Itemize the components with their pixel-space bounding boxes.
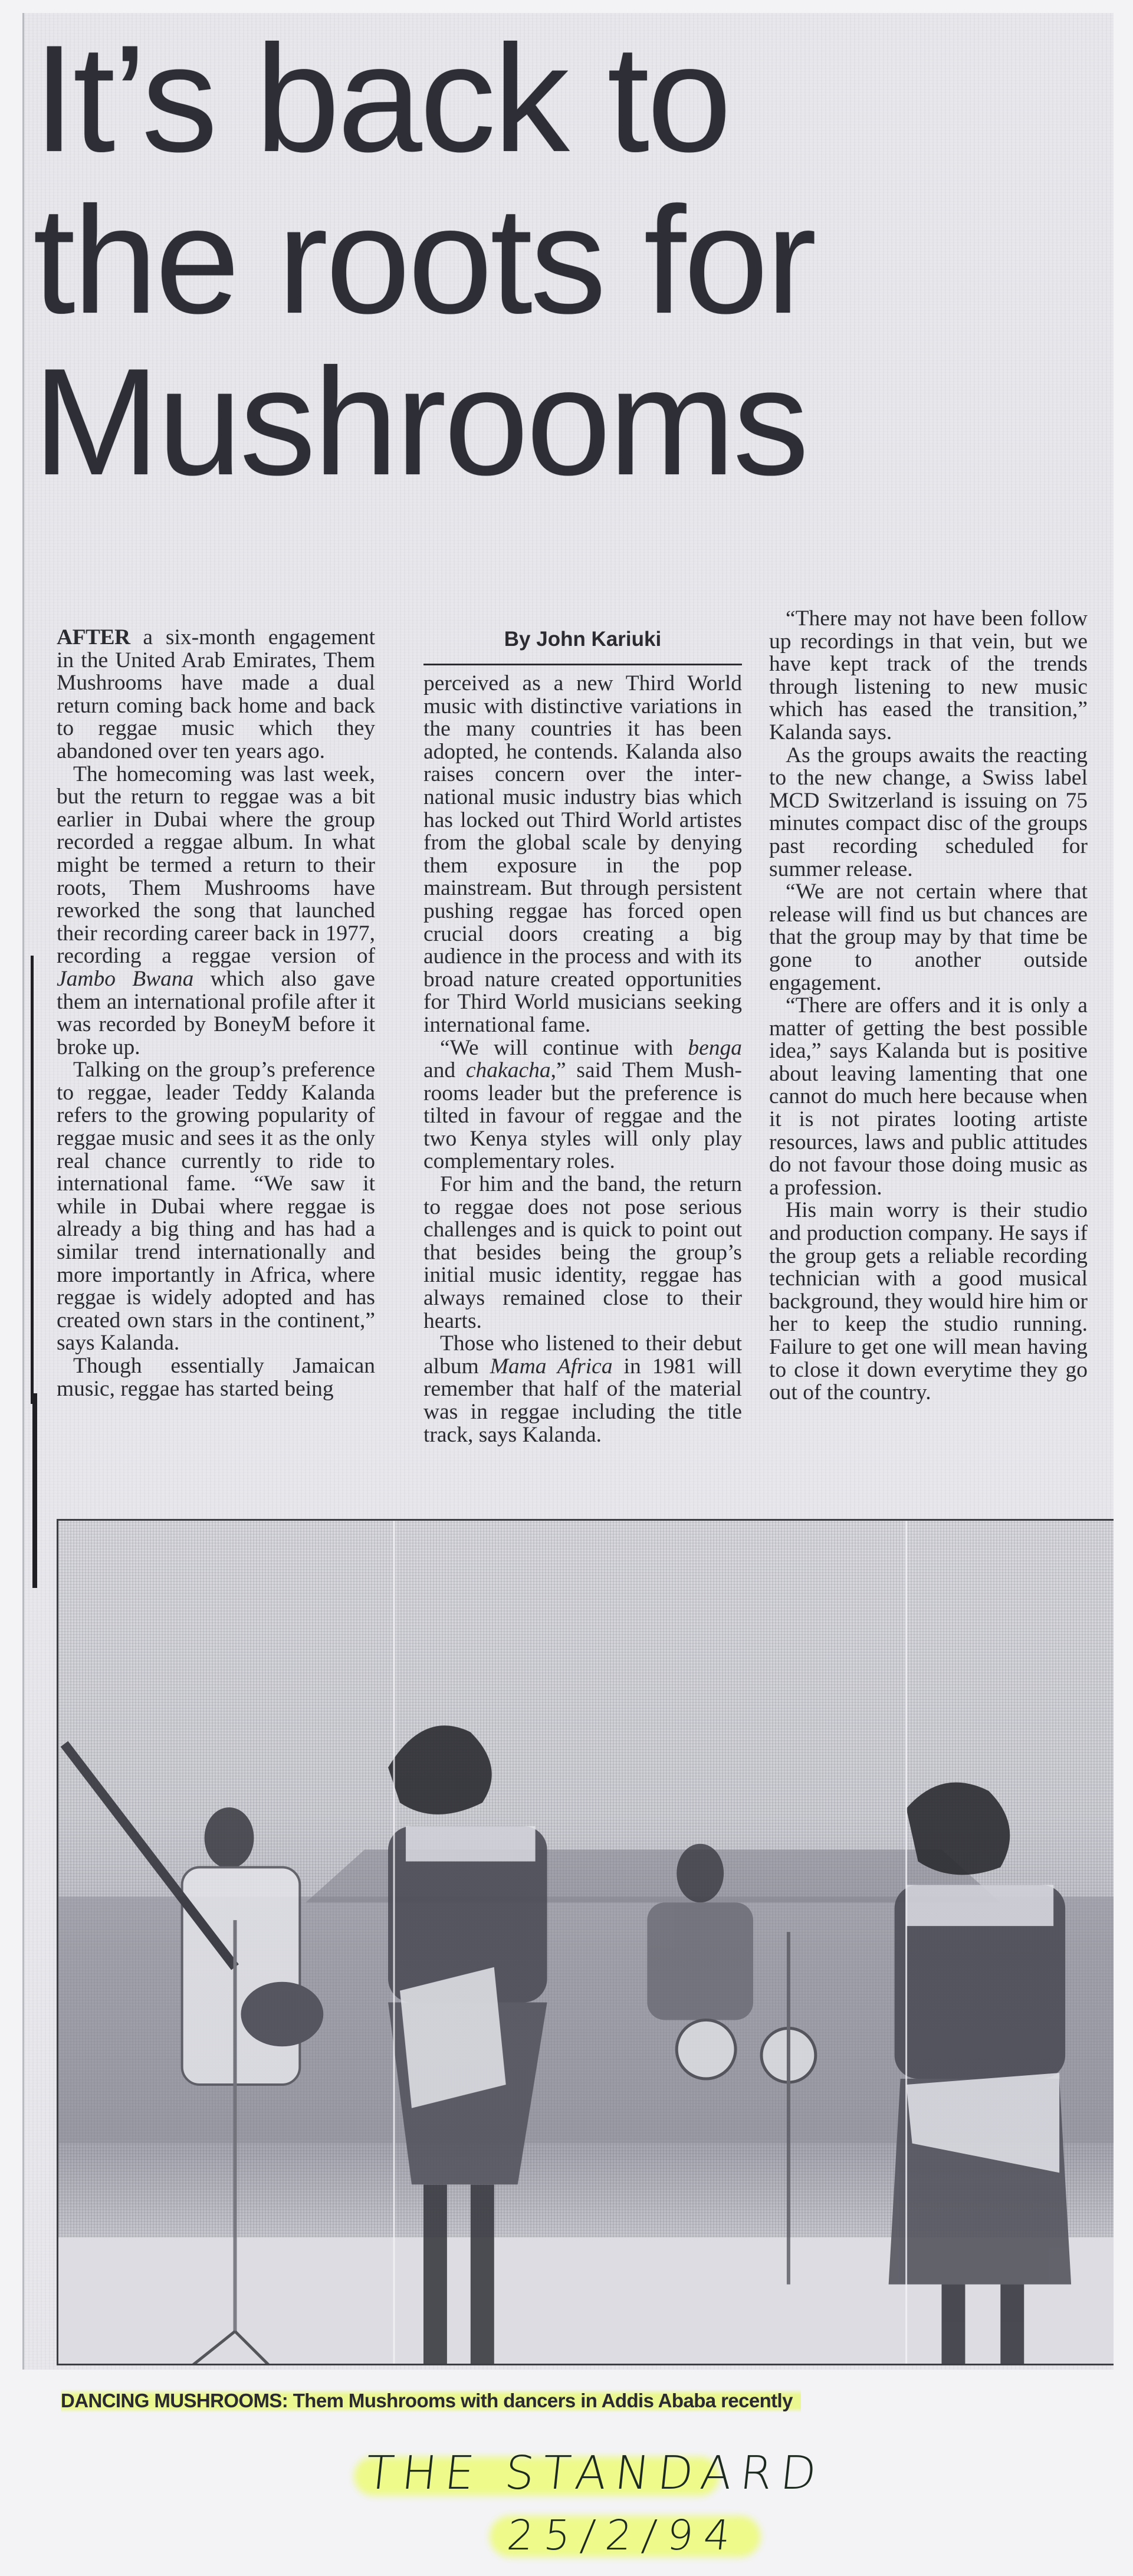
handwritten-source: THE STANDARD bbox=[363, 2445, 827, 2502]
paragraph-text: perceived as a new Third World music wit… bbox=[423, 671, 742, 1037]
article-body: AFTER a six-month engagement in the Unit… bbox=[57, 626, 1086, 1511]
paragraph-text: and bbox=[423, 1058, 466, 1082]
paragraph-text: His main worry is their studio and produ… bbox=[769, 1198, 1088, 1405]
paragraph-text: For him and the band, the return to regg… bbox=[423, 1172, 742, 1333]
lead-in: AFTER bbox=[57, 625, 130, 649]
band-photo-illustration bbox=[58, 1521, 1114, 2364]
headline-line: It’s back to bbox=[33, 18, 1095, 179]
song-title: Jambo Bwana bbox=[57, 967, 193, 991]
paragraph: For him and the band, the return to regg… bbox=[423, 1173, 742, 1333]
paragraph-text: As the groups awaits the react­ing to th… bbox=[769, 743, 1088, 881]
genre-name: chakacha bbox=[466, 1058, 551, 1082]
album-title: Mama Africa bbox=[490, 1354, 613, 1379]
paragraph-text: Though essentially Jamaican music, regga… bbox=[57, 1354, 375, 1401]
handwritten-annotation: THE STANDARD 25/2/94 bbox=[330, 2439, 779, 2569]
paragraph: “We will continue with benga and chakach… bbox=[423, 1037, 742, 1174]
article-column-2: By John Kariuki perceived as a new Third… bbox=[423, 626, 742, 1446]
handwritten-date: 25/2/94 bbox=[504, 2509, 743, 2562]
paragraph: AFTER a six-month engagement in the Unit… bbox=[57, 626, 375, 763]
paragraph: Though essentially Jamaican music, regga… bbox=[57, 1355, 375, 1400]
paragraph: The homecoming was last week, but the re… bbox=[57, 763, 375, 1059]
paragraph-text: “There may not have been fol­low up reco… bbox=[769, 606, 1088, 744]
article-column-3: “There may not have been fol­low up reco… bbox=[769, 608, 1088, 1405]
headline-line: Mushrooms bbox=[33, 341, 1095, 503]
paragraph: His main worry is their studio and produ… bbox=[769, 1199, 1088, 1404]
paragraph-text: “We are not certain where that release w… bbox=[769, 880, 1088, 995]
article-photo bbox=[57, 1519, 1114, 2365]
paragraph: “We are not certain where that release w… bbox=[769, 881, 1088, 995]
paragraph: perceived as a new Third World music wit… bbox=[423, 672, 742, 1037]
paragraph: Those who listened to their de­but album… bbox=[423, 1333, 742, 1446]
byline-block: By John Kariuki bbox=[423, 626, 742, 665]
headline: It’s back to the roots for Mushrooms bbox=[33, 18, 1095, 503]
article-column-1: AFTER a six-month engagement in the Unit… bbox=[57, 626, 375, 1400]
paragraph: “There are offers and it is only a matte… bbox=[769, 995, 1088, 1199]
byline: By John Kariuki bbox=[504, 628, 661, 651]
column-rule bbox=[32, 1393, 37, 1588]
paragraph: Talking on the group’s prefer­ence to re… bbox=[57, 1059, 375, 1355]
paragraph-text: Talking on the group’s prefer­ence to re… bbox=[57, 1058, 375, 1355]
paragraph: As the groups awaits the react­ing to th… bbox=[769, 744, 1088, 881]
genre-name: benga bbox=[688, 1036, 742, 1060]
photo-caption: DANCING MUSHROOMS: Them Mushrooms with d… bbox=[61, 2389, 801, 2413]
paragraph-text: “There are offers and it is only a matte… bbox=[769, 993, 1088, 1200]
column-rule bbox=[31, 956, 34, 1404]
paragraph-text: “We will continue with bbox=[440, 1036, 688, 1060]
paragraph-text: The homecoming was last week, but the re… bbox=[57, 762, 375, 969]
headline-line: the roots for bbox=[33, 179, 1095, 341]
paragraph: “There may not have been fol­low up reco… bbox=[769, 608, 1088, 744]
